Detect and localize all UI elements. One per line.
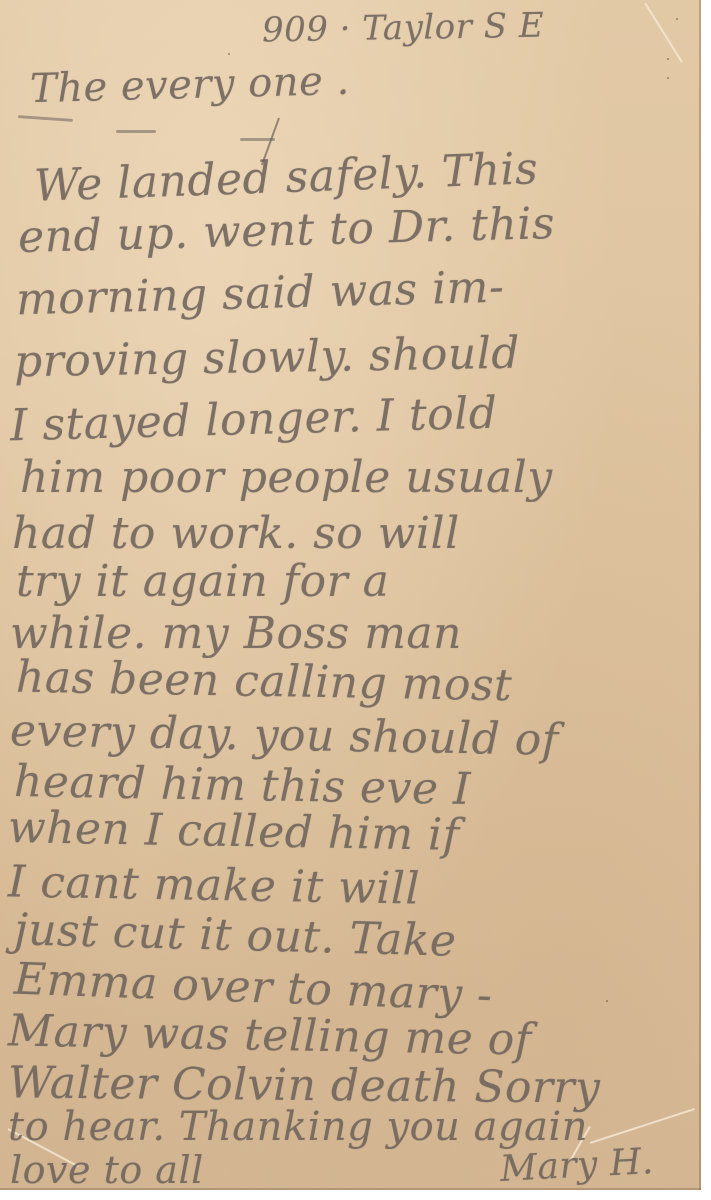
body-line-13: when I called him if [8, 802, 460, 861]
body-line-9: while. my Boss man [10, 608, 462, 659]
paper-speck [606, 1000, 608, 1002]
body-line-10: has been calling most [16, 652, 513, 712]
body-line-19: to hear. Thanking you again [8, 1104, 588, 1150]
body-line-17: Mary was telling me of [8, 1005, 532, 1065]
header-address: 909 · Taylor S E [262, 6, 545, 51]
salutation: The every one . [29, 58, 350, 112]
body-line-3: morning said was im- [15, 262, 504, 326]
salutation-underline [116, 130, 156, 133]
body-line-20: love to all [10, 1148, 204, 1192]
body-line-6: him poor people usualy [20, 452, 553, 503]
paper-speck [667, 77, 669, 79]
body-line-8: try it again for a [16, 556, 389, 607]
salutation-underline [18, 115, 73, 122]
signature: Mary H. [499, 1141, 655, 1190]
top-right-crease [644, 2, 683, 62]
body-line-4: proving slowly. should [14, 328, 521, 388]
paper-speck [228, 53, 230, 55]
paper-speck [667, 58, 669, 60]
bottom-right-crease [590, 1108, 695, 1144]
paper-speck [676, 18, 678, 20]
postcard: 909 · Taylor S E The every one . We land… [0, 0, 701, 1190]
body-line-7: had to work. so will [12, 508, 460, 559]
body-line-5: I stayed longer. I told [9, 388, 498, 452]
